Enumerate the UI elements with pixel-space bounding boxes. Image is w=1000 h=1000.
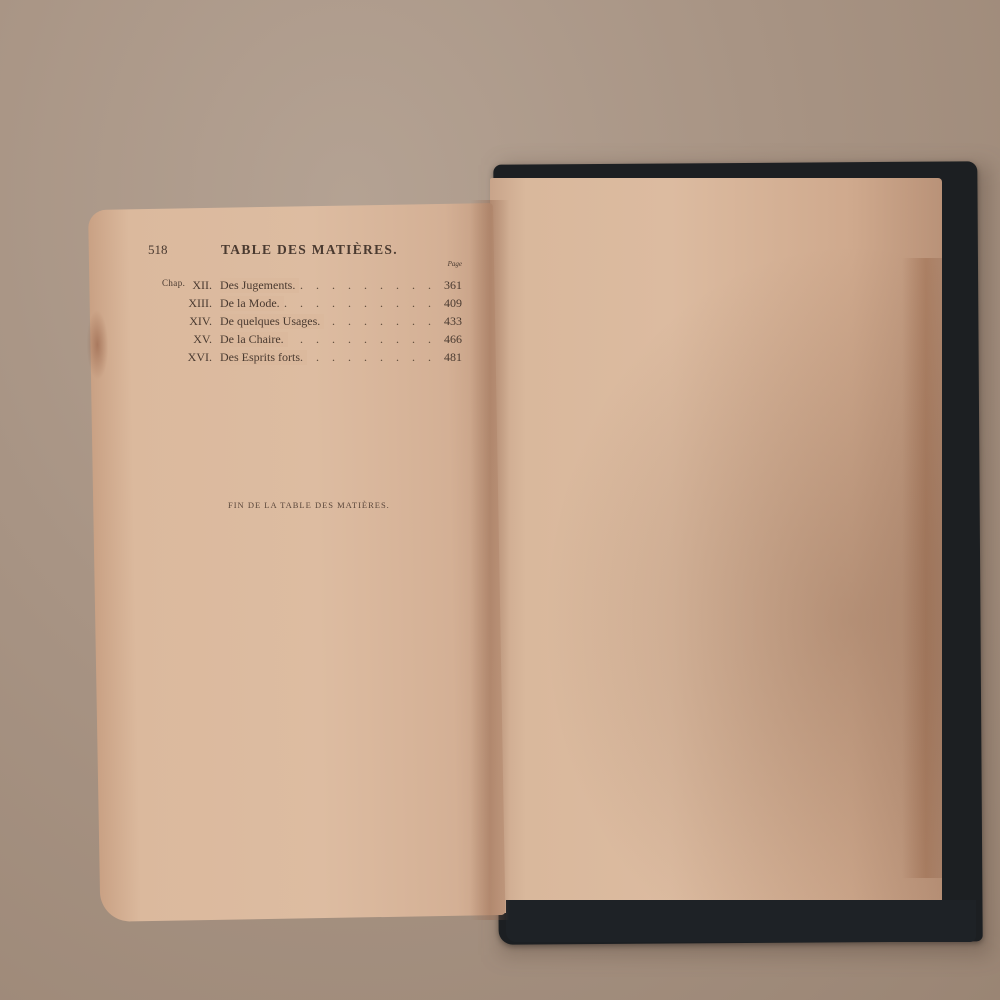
- running-head: 518 TABLE DES MATIÈRES. Page: [140, 240, 470, 264]
- chapter-page: 466: [444, 332, 462, 347]
- book-gutter: [470, 200, 510, 920]
- chapter-page: 481: [444, 350, 462, 365]
- page-column-label: Page: [448, 260, 462, 268]
- chapter-title: Des Esprits forts.: [220, 350, 307, 365]
- table-of-contents: 518 TABLE DES MATIÈRES. Page Chap. XII. …: [140, 240, 470, 368]
- page-stain: [86, 310, 109, 380]
- page-shading: [490, 178, 942, 913]
- page-number: 518: [148, 242, 168, 258]
- chapter-page: 361: [444, 278, 462, 293]
- chapter-page: 433: [444, 314, 462, 329]
- cover-bottom-edge: [506, 900, 976, 942]
- chapter-title: Des Jugements.: [220, 278, 299, 293]
- chapter-numeral: XIV.: [189, 314, 212, 329]
- running-title: TABLE DES MATIÈRES.: [221, 242, 398, 258]
- chap-label: Chap.: [162, 278, 185, 288]
- toc-entry: Chap. XII. . . . . . . . . . . . . . . .…: [140, 278, 470, 296]
- chapter-numeral: XII.: [192, 278, 212, 293]
- right-page-blank: [490, 178, 942, 913]
- toc-entry: XIII. . . . . . . . . . . . . . . . . . …: [140, 296, 470, 314]
- chapter-title: De quelques Usages.: [220, 314, 324, 329]
- end-of-table-note: FIN DE LA TABLE DES MATIÈRES.: [228, 500, 390, 510]
- chapter-numeral: XV.: [193, 332, 212, 347]
- toc-entry: XV. . . . . . . . . . . . . . . . . . . …: [140, 332, 470, 350]
- chapter-numeral: XIII.: [188, 296, 212, 311]
- chapter-numeral: XVI.: [188, 350, 212, 365]
- toc-list: Chap. XII. . . . . . . . . . . . . . . .…: [140, 278, 470, 368]
- toc-entry: XVI. . . . . . . . . . . . . . . . . . .…: [140, 350, 470, 368]
- toc-entry: XIV. . . . . . . . . . . . . . . . . . .…: [140, 314, 470, 332]
- chapter-title: De la Mode.: [220, 296, 284, 311]
- chapter-title: De la Chaire.: [220, 332, 288, 347]
- chapter-page: 409: [444, 296, 462, 311]
